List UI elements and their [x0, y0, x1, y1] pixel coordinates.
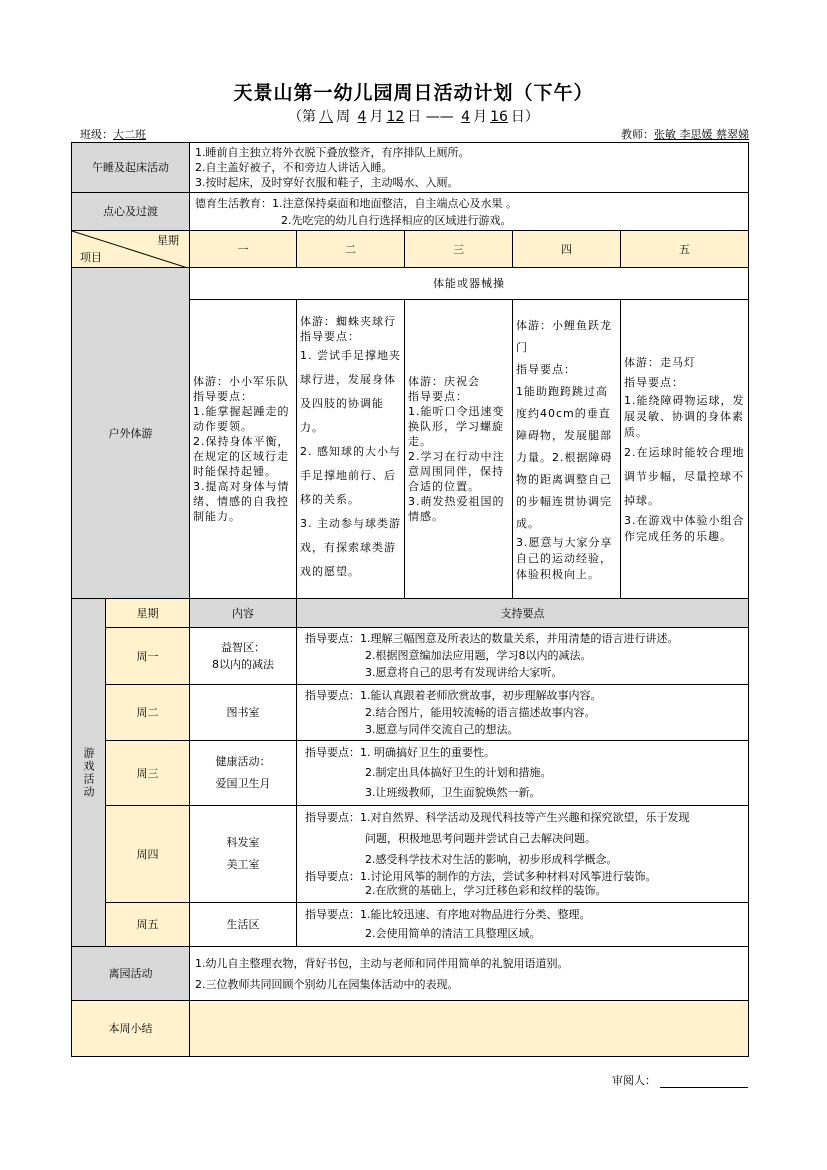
- outdoor-mon: 体游：小小军乐队 指导要点： 1.能掌握起踵走的动作要领。 2.保持身体平衡，在…: [189, 299, 297, 599]
- day-header-mon: 一: [189, 230, 297, 268]
- teacher-label: 教师：: [621, 128, 654, 141]
- class-value: 大二班: [113, 128, 186, 141]
- leave-line: 1.幼儿自主整理衣物，背好书包，主动与老师和同伴用简单的礼貌用语道别。: [195, 953, 743, 974]
- support-line: 1.理解三幅图意及所表达的数量关系，并用清楚的语言进行讲述。: [360, 632, 679, 645]
- support-line: 2.结合图片，能用较流畅的语言描述故事内容。: [305, 704, 743, 721]
- end-month: 4: [458, 109, 473, 125]
- game-col-content: 内容: [189, 598, 297, 628]
- content-line: 益智区：: [221, 639, 265, 656]
- game-content-tue: 图书室: [189, 684, 297, 741]
- corner-weekday-label: 星期: [157, 233, 179, 248]
- teacher-info: 教师：张敏 李思媛 蔡翠娣: [621, 126, 749, 142]
- class-label: 班级：: [80, 128, 113, 141]
- support-prefix: 指导要点：: [305, 632, 360, 645]
- leave-line: 2.三位教师共同回顾个别幼儿在园集体活动中的表现。: [195, 974, 743, 995]
- reviewer-label: 审阅人：: [612, 1074, 656, 1087]
- nap-line: 1.睡前自主独立将外衣脱下叠放整齐，有序排队上厕所。: [195, 145, 743, 160]
- summary-field[interactable]: [189, 1000, 749, 1057]
- outdoor-line: 3.萌发热爱祖国的情感。: [408, 494, 509, 524]
- support-line: 2.在欣赏的基础上，学习迁移色彩和纹样的装饰。: [305, 884, 743, 898]
- game-col-day: 星期: [105, 598, 190, 628]
- outdoor-line: 体游：走马灯: [624, 353, 745, 373]
- outdoor-line: 体游：小小军乐队: [193, 374, 293, 389]
- game-label-text: 游戏活动: [81, 747, 96, 799]
- support-line: 1. 明确搞好卫生的重要性。: [360, 746, 495, 759]
- nap-label: 午睡及起床活动: [71, 142, 190, 193]
- outdoor-line: 1.能听口令迅速变换队形，学习螺旋走。: [408, 404, 509, 449]
- outdoor-line: 1能助跑跨跳过高度约40cm的垂直障碍物，发展腿部力量。2.根据障碍物的距离调整…: [516, 381, 617, 535]
- close-label: 日）: [511, 109, 539, 125]
- leave-content: 1.幼儿自主整理衣物，背好书包，主动与老师和同伴用简单的礼貌用语道别。 2.三位…: [189, 946, 749, 1001]
- day-header-wed: 三: [404, 230, 513, 268]
- page-title: 天景山第一幼儿园周日活动计划（下午）: [0, 78, 827, 105]
- support-line: 2.感受科学技术对生活的影响，初步形成科学概念。: [305, 850, 743, 870]
- reviewer-signature-line[interactable]: [660, 1075, 748, 1088]
- game-day-mon: 周一: [105, 627, 190, 685]
- end-day: 16: [487, 109, 511, 125]
- content-line: 美工室: [227, 854, 260, 876]
- outdoor-fri: 体游：走马灯 指导要点： 1.能绕障碍物运球，发展灵敏、协调的身体素质。 2.在…: [620, 299, 749, 599]
- date-range: （第八周 4月12日 —— 4月16日）: [0, 106, 827, 126]
- game-support-fri: 指导要点：1.能比较迅速、有序地对物品进行分类、整理。 2.会使用简单的清洁工具…: [296, 902, 749, 947]
- support-line: 2.根据图意编加法应用题，学习8以内的减法。: [305, 647, 743, 664]
- nap-line: 3.按时起床，及时穿好衣服和鞋子，主动喝水、入厕。: [195, 175, 743, 190]
- week-prefix: （第: [288, 109, 316, 125]
- week-suffix: 周: [336, 109, 350, 125]
- outdoor-category: 体能或器械操: [189, 267, 749, 300]
- outdoor-line: 指导要点：: [624, 373, 745, 393]
- outdoor-line: 2. 感知球的大小与手足撑地前行、后移的关系。: [300, 440, 401, 512]
- support-line: 1.对自然界、科学活动及现代科技等产生兴趣和探究欲望，乐于发现: [360, 811, 690, 824]
- outdoor-line: 指导要点：: [408, 389, 509, 404]
- support-prefix: 指导要点：: [305, 689, 360, 702]
- support-line: 1.能比较迅速、有序地对物品进行分类、整理。: [360, 908, 591, 921]
- support-prefix: 指导要点：: [305, 811, 360, 824]
- support-line: 2.制定出具体搞好卫生的计划和措施。: [305, 763, 743, 783]
- outdoor-wed: 体游：庆祝会 指导要点： 1.能听口令迅速变换队形，学习螺旋走。 2.学习在行动…: [404, 299, 513, 599]
- support-line: 1.讨论用风筝的制作的方法，尝试多种材料对风筝进行装饰。: [360, 870, 657, 883]
- snack-line: 德育生活教育：1.注意保持桌面和地面整洁，自主端点心及水果 。: [195, 195, 743, 212]
- outdoor-line: 1. 尝试手足撑地夹球行进，发展身体及四肢的协调能力。: [300, 344, 401, 440]
- outdoor-line: 2.在运球时能较合理地调节步幅，尽量控球不掉球。: [624, 441, 745, 513]
- content-line: 科发室: [227, 832, 260, 854]
- snack-label: 点心及过渡: [71, 192, 190, 231]
- nap-line: 2.自主盖好被子，不和旁边人讲话入睡。: [195, 160, 743, 175]
- outdoor-tue: 体游：蜘蛛夹球行 指导要点： 1. 尝试手足撑地夹球行进，发展身体及四肢的协调能…: [296, 299, 405, 599]
- outdoor-line: 2.保持身体平衡，在规定的区域行走时能保持起锺。: [193, 434, 293, 479]
- month-label: 月: [473, 109, 487, 125]
- support-prefix: 指导要点：: [305, 908, 360, 921]
- start-month: 4: [355, 109, 370, 125]
- outdoor-line: 3. 主动参与球类游戏，有探索球类游戏的愿望。: [300, 512, 401, 584]
- nap-content: 1.睡前自主独立将外衣脱下叠放整齐，有序排队上厕所。 2.自主盖好被子，不和旁边…: [189, 142, 749, 193]
- game-label: 游戏活动: [71, 598, 106, 947]
- outdoor-line: 指导要点：: [193, 389, 293, 404]
- support-line: 问题，积极地思考问题并尝试自己去解决问题。: [305, 828, 743, 850]
- support-line: 3.愿意与同伴交流自己的想法。: [305, 721, 743, 738]
- game-content-thu: 科发室 美工室: [189, 805, 297, 903]
- game-day-thu: 周四: [105, 805, 190, 903]
- support-prefix: 指导要点：: [305, 870, 360, 883]
- outdoor-line: 指导要点：: [516, 359, 617, 381]
- outdoor-line: 体游：蜘蛛夹球行: [300, 314, 401, 329]
- content-line: 8以内的减法: [212, 656, 274, 673]
- outdoor-line: 3.在游戏中体验小组合作完成任务的乐趣。: [624, 513, 745, 545]
- day-label: 日: [407, 109, 421, 125]
- content-line: 爱国卫生月: [216, 773, 271, 795]
- game-col-support: 支持要点: [296, 598, 749, 628]
- day-header-thu: 四: [512, 230, 621, 268]
- start-day: 12: [383, 109, 407, 125]
- game-support-wed: 指导要点：1. 明确搞好卫生的重要性。 2.制定出具体搞好卫生的计划和措施。 3…: [296, 740, 749, 806]
- content-line: 健康活动：: [216, 751, 271, 773]
- game-content-fri: 生活区: [189, 902, 297, 947]
- game-day-fri: 周五: [105, 902, 190, 947]
- reviewer-field: 审阅人：: [612, 1072, 748, 1088]
- support-prefix: 指导要点：: [305, 746, 360, 759]
- outdoor-line: 1.能掌握起踵走的动作要领。: [193, 404, 293, 434]
- corner-item-label: 项目: [80, 250, 102, 265]
- support-line: 3.愿意将自己的思考有发现讲给大家听。: [305, 664, 743, 681]
- snack-content: 德育生活教育：1.注意保持桌面和地面整洁，自主端点心及水果 。 2.先吃完的幼儿…: [189, 192, 749, 231]
- support-line: 1.能认真跟着老师欣赏故事，初步理解故事内容。: [360, 689, 602, 702]
- leave-label: 离园活动: [71, 946, 190, 1001]
- outdoor-line: 2.学习在行动中注意周围同伴，保持合适的位置。: [408, 449, 509, 494]
- outdoor-line: 体游：小鲤鱼跃龙门: [516, 315, 617, 359]
- game-support-mon: 指导要点：1.理解三幅图意及所表达的数量关系，并用清楚的语言进行讲述。 2.根据…: [296, 627, 749, 685]
- snack-line: 2.先吃完的幼儿自行选择相应的区域进行游戏。: [195, 212, 743, 229]
- month-label: 月: [369, 109, 383, 125]
- game-day-wed: 周三: [105, 740, 190, 806]
- corner-header: 星期 项目: [71, 230, 190, 268]
- week-number: 八: [316, 109, 336, 125]
- outdoor-line: 3.提高对身体与情绪、情感的自我控制能力。: [193, 479, 293, 524]
- game-support-tue: 指导要点：1.能认真跟着老师欣赏故事，初步理解故事内容。 2.结合图片，能用较流…: [296, 684, 749, 741]
- day-header-fri: 五: [620, 230, 749, 268]
- support-line: 3.让班级教师，卫生面貌焕然一新。: [305, 783, 743, 803]
- support-line: 2.会使用简单的清洁工具整理区域。: [305, 924, 743, 943]
- outdoor-line: 指导要点：: [300, 329, 401, 344]
- outdoor-thu: 体游：小鲤鱼跃龙门 指导要点： 1能助跑跨跳过高度约40cm的垂直障碍物，发展腿…: [512, 299, 621, 599]
- range-separator: ——: [426, 109, 454, 125]
- game-content-wed: 健康活动： 爱国卫生月: [189, 740, 297, 806]
- game-support-thu: 指导要点：1.对自然界、科学活动及现代科技等产生兴趣和探究欲望，乐于发现 问题，…: [296, 805, 749, 903]
- game-day-tue: 周二: [105, 684, 190, 741]
- teacher-value: 张敏 李思媛 蔡翠娣: [654, 128, 749, 141]
- class-info: 班级：大二班: [80, 126, 186, 142]
- summary-label: 本周小结: [71, 1000, 190, 1057]
- game-content-mon: 益智区： 8以内的减法: [189, 627, 297, 685]
- outdoor-line: 1.能绕障碍物运球，发展灵敏、协调的身体素质。: [624, 393, 745, 441]
- outdoor-line: 体游：庆祝会: [408, 374, 509, 389]
- day-header-tue: 二: [296, 230, 405, 268]
- outdoor-line: 3.愿意与大家分享自己的运动经验，体验积极向上。: [516, 535, 617, 583]
- outdoor-label: 户外体游: [71, 267, 190, 599]
